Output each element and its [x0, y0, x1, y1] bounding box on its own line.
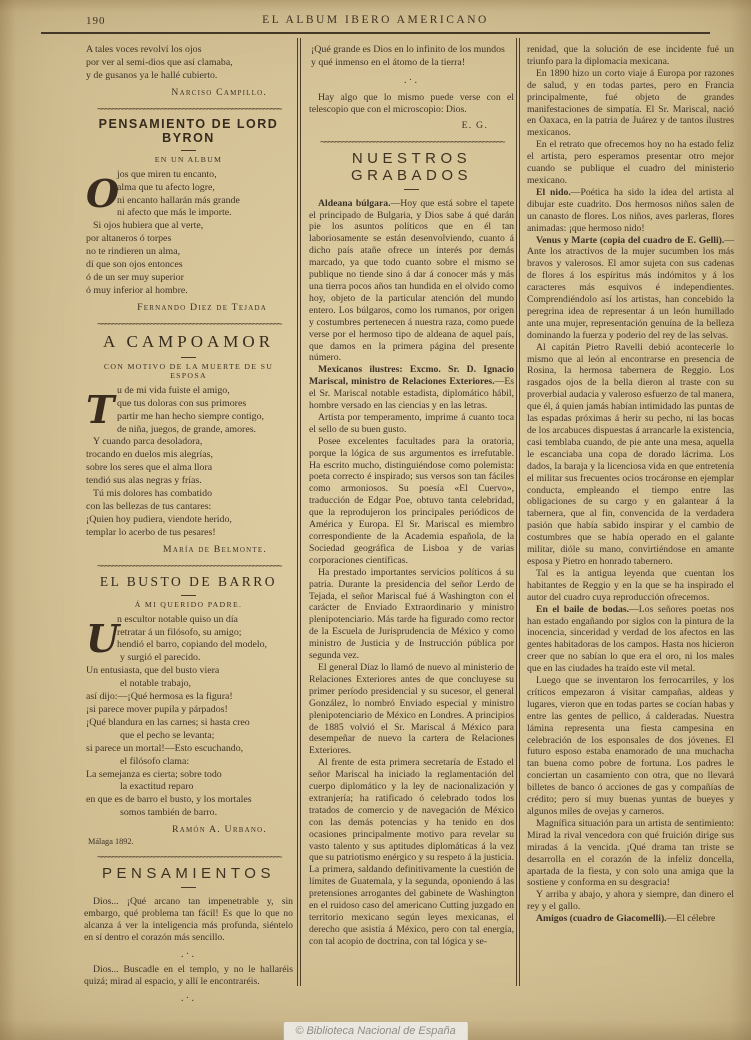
poem-line: Y cuando parca desoladora, — [86, 436, 293, 449]
column-2: ¡Qué grande es Dios en lo infinito de lo… — [309, 38, 514, 948]
paragraph-lead: Venus y Marte (copia del cuadro de E. Ge… — [536, 235, 724, 246]
column-divider — [516, 38, 520, 986]
poem-line: jos que miren tu encanto, — [86, 169, 293, 182]
paragraph: Magnífica situación para un artista de s… — [527, 818, 734, 889]
poem-line: la exactitud reparo — [86, 781, 293, 794]
poem-line: por ver al semi-dios que así clamaba, — [86, 57, 293, 70]
paragraph: Amigos (cuadro de Giacomelli).—El célebr… — [527, 913, 734, 925]
section-title-busto: EL BUSTO DE BARRO — [84, 574, 293, 590]
section-title-campoamor: A CAMPOAMOR — [84, 332, 293, 352]
paragraph-lead: Amigos (cuadro de Giacomelli). — [536, 913, 667, 924]
section-subtitle-byron: EN UN ALBUM — [84, 155, 293, 164]
signature-campillo: Narciso Campillo. — [84, 87, 293, 98]
dash-ornament — [181, 150, 196, 151]
header-rule — [41, 32, 710, 34]
paragraph: Hay algo que lo mismo puede verse con el… — [309, 92, 514, 116]
page-title: EL ALBUM IBERO AMERICANO — [0, 14, 751, 26]
poem-line: hendió el barro, copiando del modelo, — [86, 639, 293, 652]
poem-line: ni afecto que más le importe. — [86, 207, 293, 220]
poem-line: dí que son ojos entonces — [86, 259, 293, 272]
section-divider — [309, 137, 514, 145]
poem-line: Si ojos hubiera que al verte, — [86, 220, 293, 233]
poem-line: si parece un mortal!—Esto escuchando, — [86, 743, 293, 756]
section-subtitle-busto: Á MI QUERIDO PADRE. — [84, 600, 293, 609]
place-date: Málaga 1892. — [88, 837, 293, 846]
asterism-ornament: .·. — [84, 992, 293, 1004]
section-title-pensamientos: PENSAMIENTOS — [84, 865, 293, 882]
paragraph: Dios... Buscadle en el templo, y no le h… — [84, 964, 293, 988]
poem-line: A tales voces revolví los ojos — [86, 44, 293, 57]
paragraph-lead: En el baile de bodas. — [536, 604, 629, 615]
watermark-text: © Biblioteca Nacional de España — [295, 1025, 455, 1037]
poem-line: que tus doloras con sus primores — [86, 398, 293, 411]
paragraph: Posee excelentes facultades para la orat… — [309, 436, 514, 567]
poem-line: ¡Quien hoy pudiera, viendote herido, — [86, 514, 293, 527]
poem-line: alma que tu afecto logre, — [86, 182, 293, 195]
paragraph: El general Díaz lo llamó de nuevo al min… — [309, 662, 514, 757]
signature-byron: Fernando Diez de Tejada — [84, 302, 293, 313]
asterism-ornament: .·. — [84, 948, 293, 960]
paragraph: Artista por temperamento, imprime á cuan… — [309, 412, 514, 436]
poem-line: con las bellezas de tus cantares: — [86, 501, 293, 514]
poem-line: ¡Qué grande es Dios en lo infinito de lo… — [311, 44, 514, 57]
poem-line: n escultor notable quiso un día — [86, 614, 293, 627]
dash-ornament — [181, 887, 196, 888]
poem-line: el notable trabajo, — [86, 678, 293, 691]
poem-line: ó de un ser muy superior — [86, 272, 293, 285]
poem-line: por altaneros ó torpes — [86, 233, 293, 246]
poem-line: somos también de barro. — [86, 807, 293, 820]
poem-line: Tú mis dolores has combatido — [86, 488, 293, 501]
poem-line: tendió sus alas negras y frías. — [86, 475, 293, 488]
paragraph: Mexicanos ilustres: Excmo. Sr. D. Ignaci… — [309, 364, 514, 412]
article-body: Aldeana búlgara.—Hoy que está sobre el t… — [309, 198, 514, 948]
poem-line: en que es de barro el busto, y los morta… — [86, 794, 293, 807]
poem-line: u de mi vida fuiste el amigo, — [86, 385, 293, 398]
paragraph: Luego que se inventaron los ferrocarrile… — [527, 675, 734, 818]
dash-ornament — [181, 357, 196, 358]
poem-busto: Un escultor notable quiso un díaretratar… — [86, 614, 293, 821]
paragraph: En el retrato que ofrecemos hoy no ha es… — [527, 139, 734, 187]
paragraph: En el baile de bodas.—Los señores poetas… — [527, 604, 734, 675]
poem-line: ¡si parece mover pupila y párpados! — [86, 704, 293, 717]
poem-line: no te rindieren un alma, — [86, 246, 293, 259]
dash-ornament — [404, 189, 419, 190]
poem-line: retratar á un filósofo, su amigo; — [86, 627, 293, 640]
paragraph: En 1890 hizo un corto viaje á Europa por… — [527, 68, 734, 139]
paragraph: Al capitán Pietro Ravelli debió acontece… — [527, 342, 734, 568]
section-subtitle-campoamor: CON MOTIVO DE LA MUERTE DE SU ESPOSA — [84, 362, 293, 380]
asterism-ornament: .·. — [309, 74, 514, 86]
poem-campoamor: Tu de mi vida fuiste el amigo,que tus do… — [86, 385, 293, 540]
paragraph: Aldeana búlgara.—Hoy que está sobre el t… — [309, 198, 514, 365]
poem-byron: Ojos que miren tu encanto,alma que tu af… — [86, 169, 293, 298]
signature-campoamor: María de Belmonte. — [84, 544, 293, 555]
poem-line: Un entusiasta, que del busto viera — [86, 665, 293, 678]
signature-eg: E. G. — [309, 120, 514, 131]
poem-line: sobre los seres que el alma llora — [86, 462, 293, 475]
section-divider — [84, 104, 293, 112]
paragraph: Al frente de esta primera secretaría de … — [309, 757, 514, 948]
poem-line: y qué inmenso en el átomo de la tierra! — [311, 57, 514, 70]
column-1: A tales voces revolví los ojospor ver al… — [84, 38, 293, 1008]
section-divider — [84, 561, 293, 569]
paragraph-lead: Aldeana búlgara. — [318, 198, 391, 209]
dropcap-initial: O — [86, 171, 113, 217]
paragraph-lead: El nido. — [536, 187, 571, 198]
column-divider — [297, 38, 301, 986]
newspaper-page: 190 EL ALBUM IBERO AMERICANO A tales voc… — [0, 0, 751, 1040]
column-3: renidad, que la solución de ese incident… — [527, 38, 734, 925]
section-title-lord-byron: PENSAMIENTO DE LORD BYRON — [84, 117, 293, 145]
paragraph-lead: Mexicanos ilustres: Excmo. Sr. D. Ignaci… — [309, 364, 514, 387]
section-title-nuestros-grabados: NUESTROS GRABADOS — [309, 150, 514, 184]
poem-line: ¡Qué blandura en las carnes; si hasta cr… — [86, 717, 293, 730]
dash-ornament — [181, 595, 196, 596]
poem-line: partir me han hecho siempre contigo, — [86, 411, 293, 424]
poem-line: el filósofo clama: — [86, 756, 293, 769]
poem-line: trocando en duelos mis alegrías, — [86, 449, 293, 462]
poem-line: así dijo:—¡Qué hermosa es la figura! — [86, 691, 293, 704]
watermark: © Biblioteca Nacional de España — [283, 1022, 467, 1040]
paragraph: Venus y Marte (copia del cuadro de E. Ge… — [527, 235, 734, 342]
poem-line: templar lo acerbo de tus pesares! — [86, 527, 293, 540]
poem-line: y de gusanos ya le hallé cubierto. — [86, 70, 293, 83]
poem-line: de niña, juegos, de grande, amores. — [86, 424, 293, 437]
paragraph: Ha prestado importantes servicios políti… — [309, 567, 514, 662]
poem-line: ni encanto hallarán más grande — [86, 195, 293, 208]
dropcap-initial: T — [86, 387, 113, 433]
section-divider — [84, 852, 293, 860]
paragraph: Tal es la antigua leyenda que cuentan lo… — [527, 568, 734, 604]
dropcap-initial: U — [86, 616, 113, 662]
article-body: renidad, que la solución de ese incident… — [527, 44, 734, 925]
paragraph: Y arriba y abajo, y ahora y siempre, dan… — [527, 889, 734, 913]
section-divider — [84, 319, 293, 327]
poem-line: ó muy inferior al hombre. — [86, 285, 293, 298]
paragraph: El nido.—Poética ha sido la idea del art… — [527, 187, 734, 235]
paragraph: Dios... ¡Qué arcano tan impenetrable y, … — [84, 896, 293, 944]
signature-busto: Ramón A. Urbano. — [84, 824, 293, 835]
poem-line: que el pecho se levanta; — [86, 730, 293, 743]
poem-intro: ¡Qué grande es Dios en lo infinito de lo… — [311, 44, 514, 70]
paragraph: renidad, que la solución de ese incident… — [527, 44, 734, 68]
poem-campillo: A tales voces revolví los ojospor ver al… — [86, 44, 293, 83]
poem-line: La semejanza es cierta; sobre todo — [86, 769, 293, 782]
